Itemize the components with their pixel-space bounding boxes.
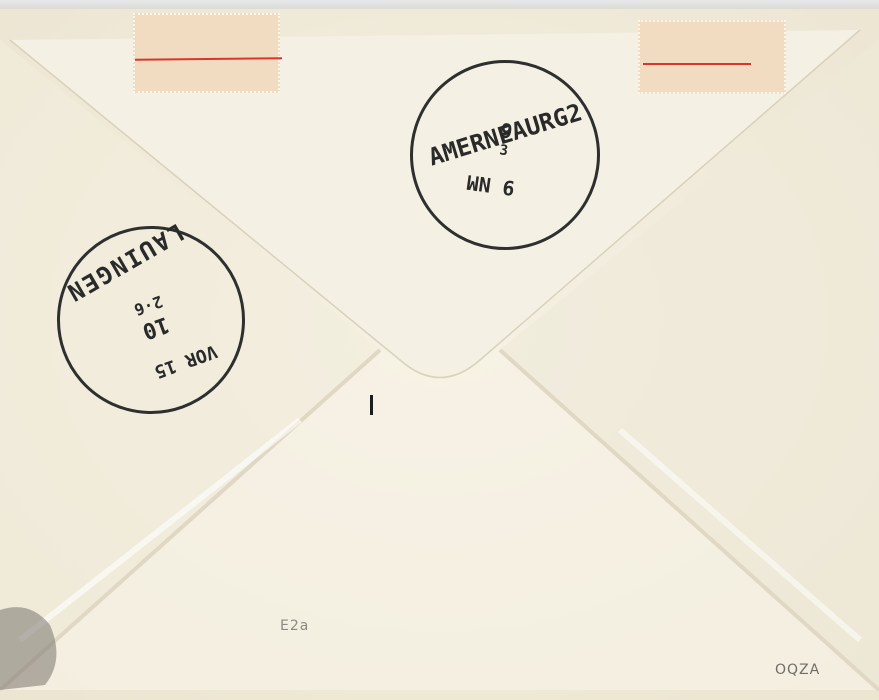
postmark-line-3: 9 NM: [465, 170, 516, 200]
red-line: [135, 57, 282, 61]
top-edge: [0, 0, 879, 9]
postmark-line-3: VOR 15: [151, 340, 219, 382]
envelope-back: AMERNEAURG2 9 3 9 NM LAUINGEN 10 2·6 VOR…: [0, 0, 879, 700]
stamp-remnant-right: [638, 20, 786, 94]
pencil-note-oqza: OQZA: [775, 662, 820, 678]
stamp-remnant-left: [133, 13, 280, 93]
postmark-line-2: 3: [499, 142, 510, 159]
pencil-note-e2a: E2a: [280, 618, 309, 634]
red-line: [643, 63, 751, 65]
